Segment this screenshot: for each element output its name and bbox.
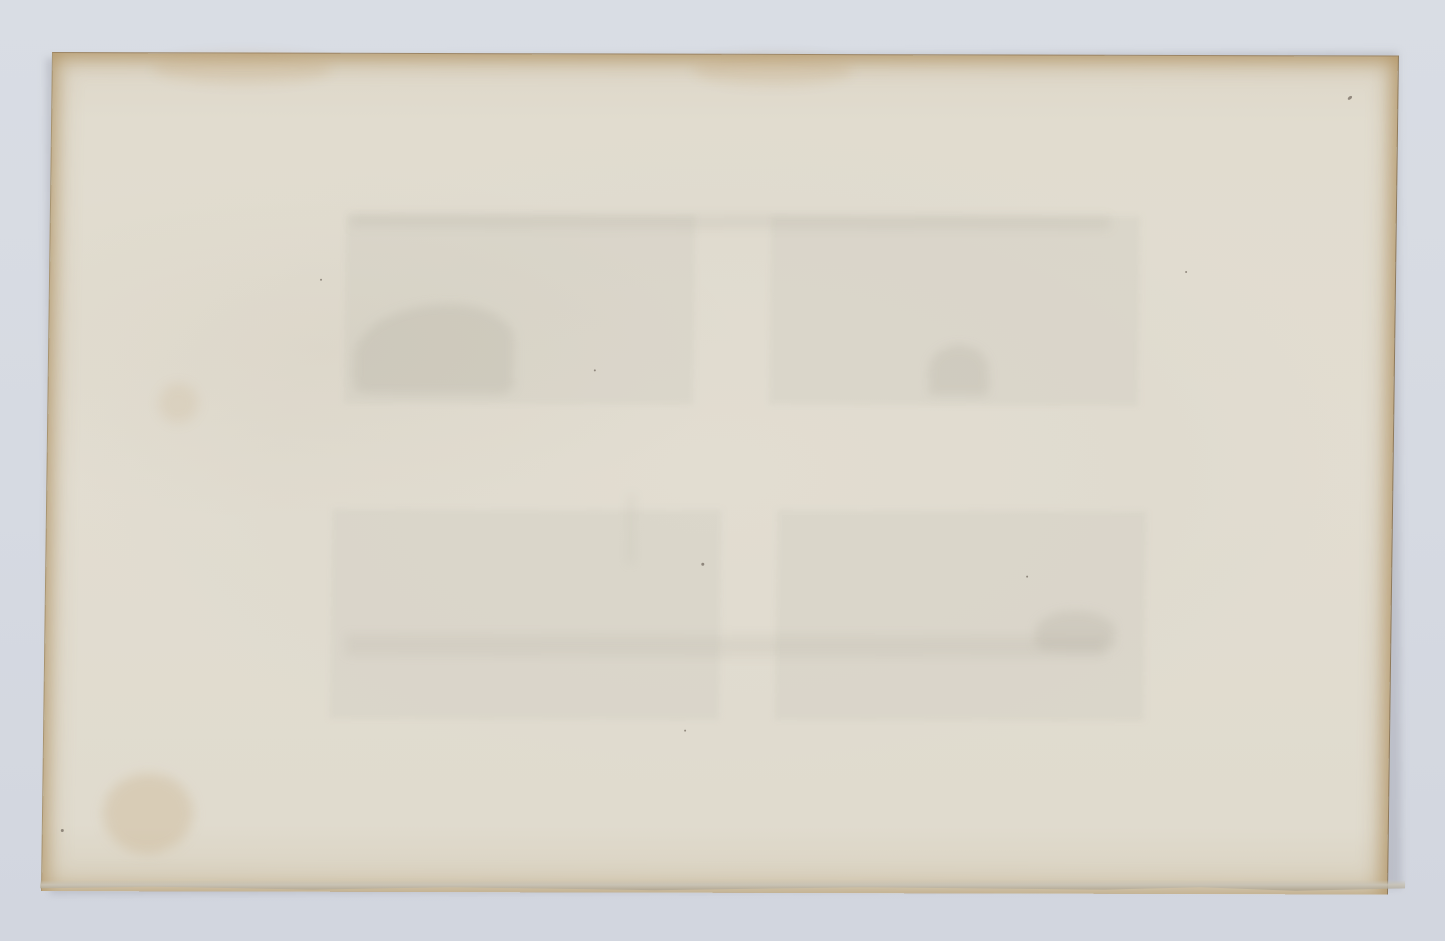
- foxing-spot: [153, 53, 333, 83]
- foxing-spot: [158, 383, 199, 423]
- ink-speck: [684, 730, 686, 732]
- foxing-spot: [103, 773, 194, 853]
- show-through-rock-shape: [929, 345, 990, 395]
- show-through-shoreline: [345, 634, 1105, 658]
- ink-speck: [320, 279, 322, 281]
- antique-paper-sheet: [41, 52, 1399, 895]
- ink-speck: [61, 829, 64, 832]
- show-through-boat-shape: [1035, 611, 1116, 651]
- show-through-ridge-line: [351, 214, 1111, 230]
- show-through-plate-lower-left: [329, 509, 722, 720]
- foxing-spot: [693, 55, 853, 85]
- ink-speck: [1347, 95, 1353, 101]
- ink-speck: [1026, 576, 1028, 578]
- ink-speck: [594, 369, 596, 371]
- ink-speck: [701, 563, 704, 566]
- show-through-mast-shape: [626, 495, 635, 565]
- ink-speck: [1185, 271, 1187, 273]
